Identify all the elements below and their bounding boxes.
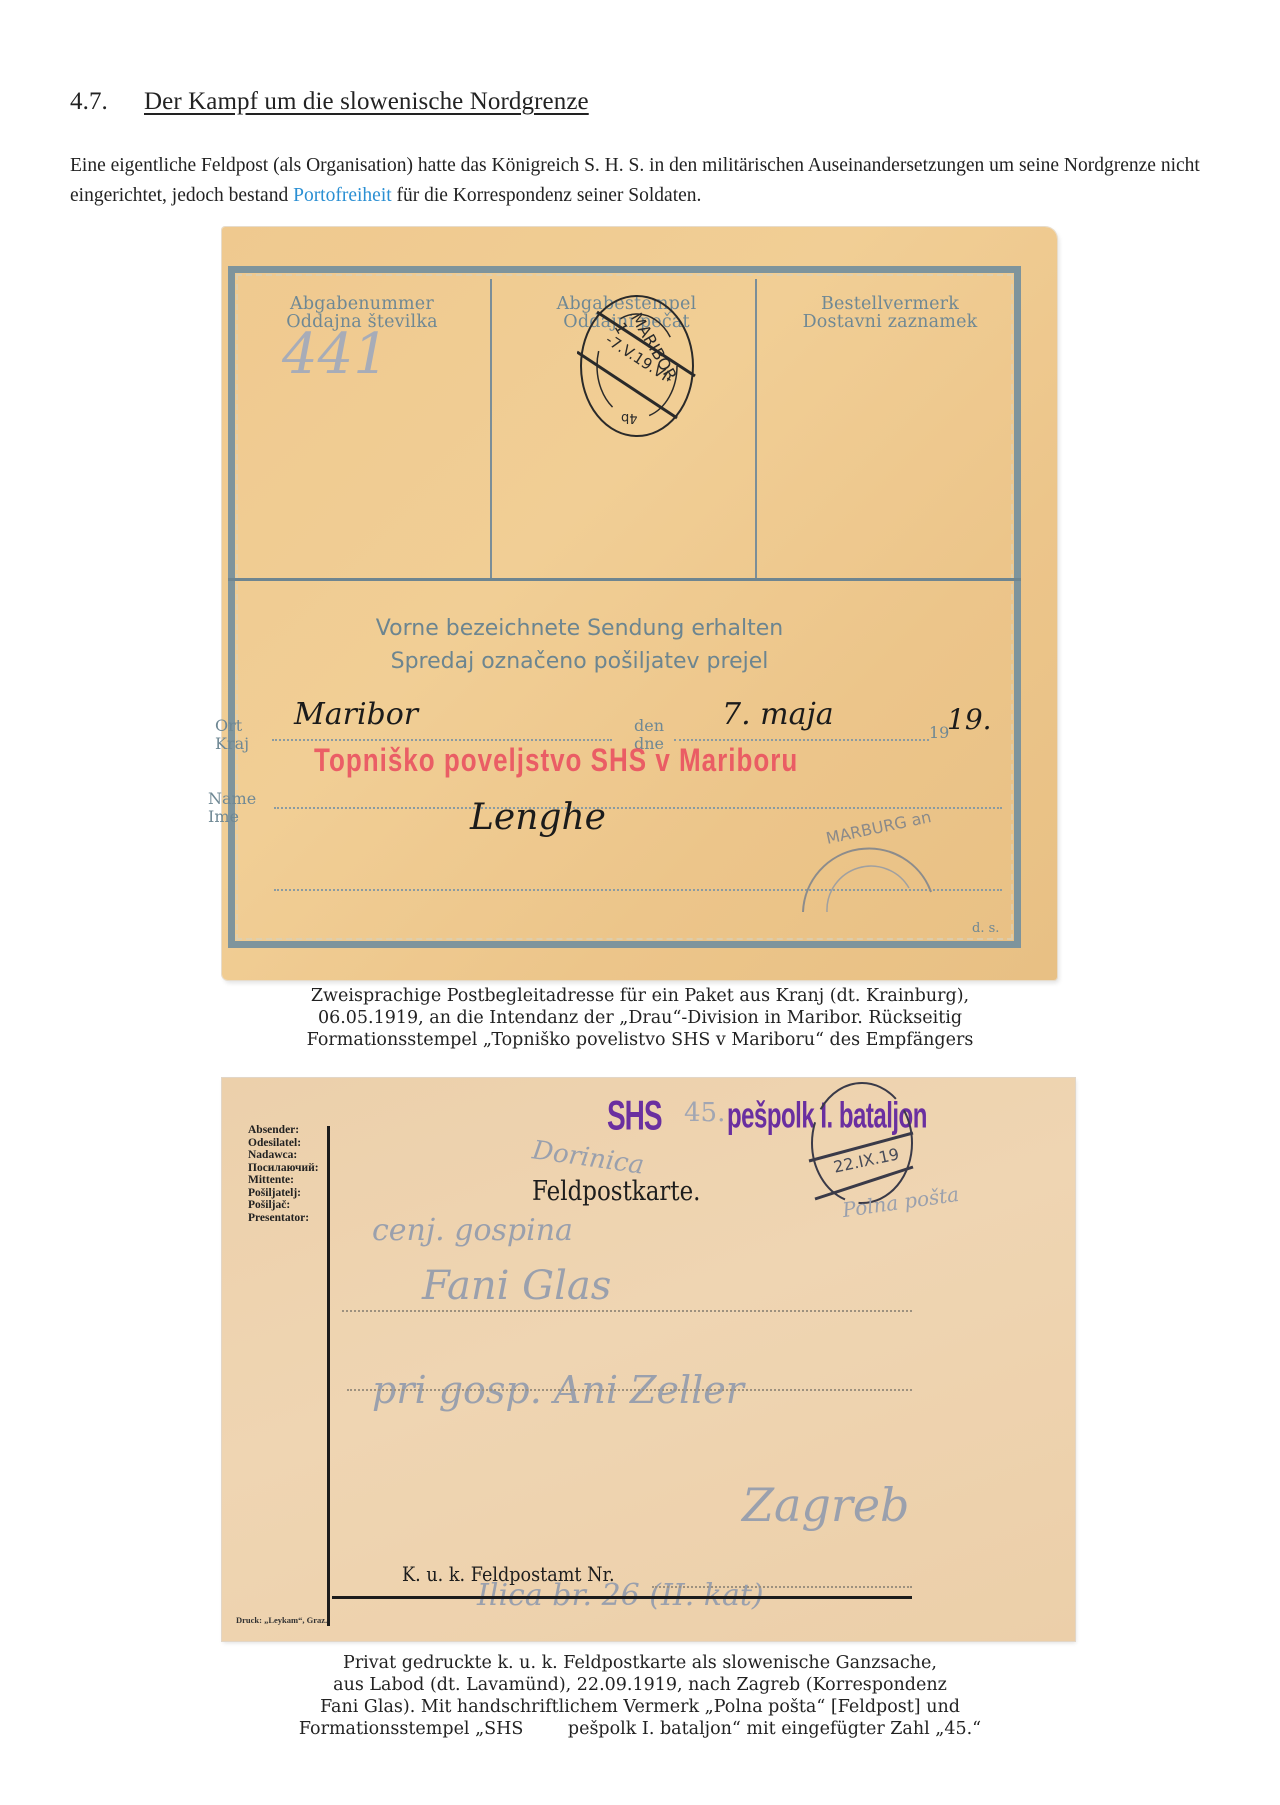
date-handwritten: 7. maja (722, 697, 834, 732)
address-line: Zagreb (742, 1478, 910, 1532)
name-label: NameIme (208, 790, 256, 826)
feldpostamt-field-line (652, 1586, 912, 1588)
sender-divider (327, 1126, 330, 1626)
printer-credit: Druck: „Leykam“, Graz. (236, 1615, 327, 1625)
address-field-line (342, 1310, 912, 1312)
address-line: Dorinica (530, 1135, 645, 1180)
caption-card1: Zweisprachige Postbegleitadresse für ein… (0, 985, 1280, 1051)
handwritten-number: 441 (282, 322, 389, 387)
address-field-line (347, 1389, 912, 1391)
receipt-text-sl: Spredaj označeno pošiljatev prejel (162, 647, 997, 677)
postbegleitadresse-card: AbgabenummerOddajna številka Abgabestemp… (222, 227, 1057, 980)
ort-handwritten: Maribor (294, 697, 418, 732)
receipt-text-de: Vorne bezeichnete Sendung erhalten (162, 614, 997, 644)
ort-label: OrtKraj (215, 717, 249, 753)
underline-rule (332, 1596, 912, 1599)
topnisko-stamp: Topniško poveljstvo SHS v Mariboru (314, 741, 798, 780)
address-line: Fani Glas (422, 1263, 611, 1309)
column-divider (755, 279, 757, 579)
intro-text-end: für die Korrespondenz seiner Soldaten. (392, 185, 702, 206)
intro-paragraph: Eine eigentliche Feldpost (als Organisat… (70, 151, 1210, 211)
year-handwritten: 19. (947, 703, 992, 736)
section-divider (228, 578, 1021, 581)
printer-mark: d. s. (972, 921, 999, 936)
section-title: Der Kampf um die slowenische Nordgrenze (144, 88, 589, 115)
labod-postmark: 22.IX.19 (807, 1081, 917, 1206)
maribor-postmark: MARIBOR 1 -7.V.19.VI- 4b (577, 292, 697, 440)
inserted-number: 45. (684, 1098, 725, 1128)
section-heading: 4.7.Der Kampf um die slowenische Nordgre… (70, 88, 589, 116)
shs-stamp: SHS (607, 1092, 662, 1140)
marburg-postmark: MARBURG an (797, 802, 937, 912)
feldpostkarte-card: Absender: Odesilatel: Nadawca: Посилаючи… (222, 1078, 1075, 1641)
section-number: 4.7. (70, 88, 144, 116)
column-divider (490, 279, 492, 579)
caption-card2: Privat gedruckte k. u. k. Feldpostkarte … (0, 1652, 1280, 1740)
sender-labels: Absender: Odesilatel: Nadawca: Посилаючи… (248, 1124, 319, 1224)
signature: Lenghe (470, 797, 606, 838)
feldpostkarte-title: Feldpostkarte. (532, 1176, 700, 1207)
column-header-bestellvermerk: BestellvermerkDostavni zaznamek (770, 295, 1010, 331)
address-line: cenj. gospina (372, 1213, 573, 1248)
portofreiheit-link[interactable]: Portofreiheit (293, 185, 392, 206)
feldpostamt-label: K. u. k. Feldpostamt Nr. (402, 1562, 615, 1586)
